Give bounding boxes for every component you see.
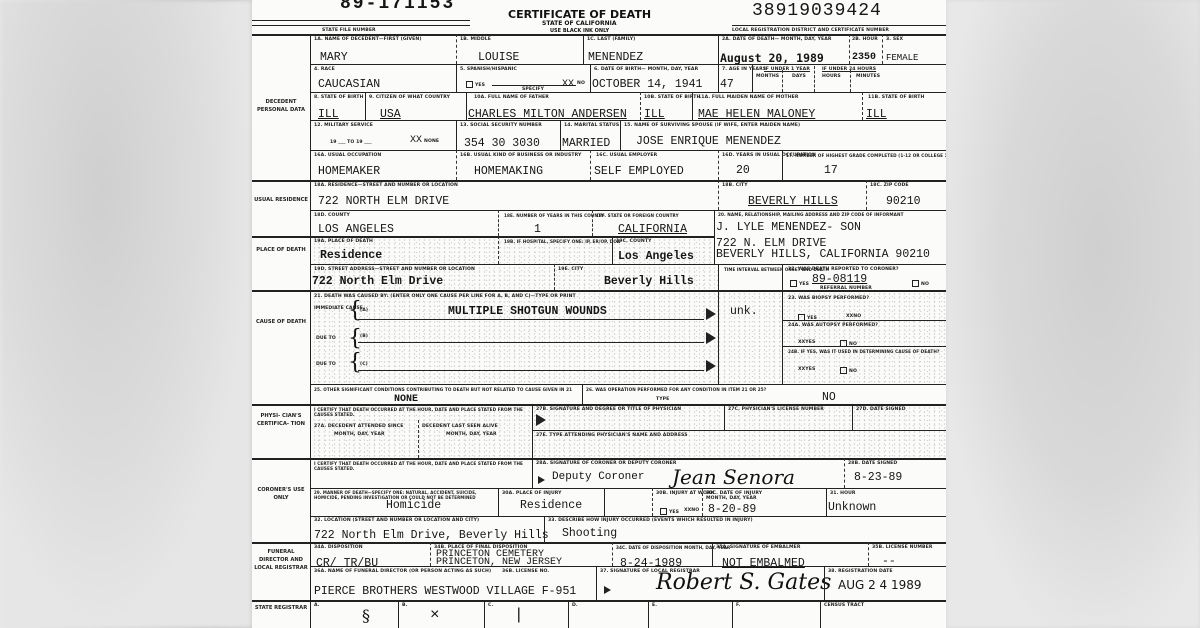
- last-name: MENENDEZ: [588, 52, 643, 64]
- place-of-death: Residence: [320, 250, 382, 262]
- injury-description: Shooting: [562, 528, 617, 540]
- occupation: HOMEMAKER: [318, 166, 380, 178]
- residence-street: 722 NORTH ELM DRIVE: [318, 196, 449, 208]
- section-cause-of-death: CAUSE OF DEATH: [252, 318, 310, 326]
- residence-state: CALIFORNIA: [618, 224, 687, 236]
- section-physician: PHYSI- CIAN'S CERTIFICA- TION: [252, 412, 310, 428]
- sex: FEMALE: [886, 52, 918, 64]
- section-place-of-death: PLACE OF DEATH: [252, 246, 310, 254]
- death-certificate: 89-171153 STATE FILE NUMBER CERTIFICATE …: [252, 0, 946, 628]
- manner-of-death: Homicide: [386, 500, 441, 512]
- background-left: [0, 0, 252, 628]
- background-right: [946, 0, 1200, 628]
- informant-city: BEVERLY HILLS, CALIFORNIA 90210: [716, 249, 930, 261]
- date-of-birth: OCTOBER 14, 1941: [592, 79, 702, 91]
- funeral-director: PIERCE BROTHERS WESTWOOD VILLAGE F-951: [314, 586, 576, 598]
- section-funeral: FUNERAL DIRECTOR AND LOCAL REGISTRAR: [252, 548, 310, 572]
- marital-status: MARRIED: [562, 138, 610, 150]
- hispanic-no-mark: XX: [562, 79, 574, 91]
- residence-zip: 90210: [886, 196, 921, 208]
- cause-line-a: MULTIPLE SHOTGUN WOUNDS: [448, 306, 607, 318]
- coroner-date-signed: 8-23-89: [854, 472, 902, 484]
- years-occupation: 20: [736, 165, 750, 177]
- injury-location: 722 North Elm Drive, Beverly Hills: [314, 530, 549, 542]
- hour-of-death: 2350: [852, 52, 876, 64]
- residence-city: BEVERLY HILLS: [748, 196, 838, 208]
- registrar-signature: Robert S. Gates: [656, 570, 831, 595]
- injury-place: Residence: [520, 500, 582, 512]
- section-residence: USUAL RESIDENCE: [252, 196, 310, 204]
- residence-county: LOS ANGELES: [318, 224, 394, 236]
- first-name: MARY: [320, 52, 348, 64]
- operation: NO: [822, 392, 836, 404]
- spouse-name: JOSE ENRIQUE MENENDEZ: [636, 136, 781, 148]
- business: HOMEMAKING: [474, 166, 543, 178]
- embalmer: NOT EMBALMED: [722, 558, 805, 570]
- coroner-title: Deputy Coroner: [552, 471, 644, 483]
- certificate-subtitle: STATE OF CALIFORNIA: [542, 20, 617, 27]
- death-street: 722 North Elm Drive: [312, 276, 443, 288]
- injury-date: 8-20-89: [708, 504, 756, 516]
- years-in-county: 1: [534, 224, 541, 236]
- middle-name: LOUISE: [478, 52, 519, 64]
- employer: SELF EMPLOYED: [594, 166, 684, 178]
- age: 47: [720, 79, 734, 91]
- interval-a: unk.: [730, 306, 758, 318]
- coroner-referral: 89-08119: [812, 274, 867, 286]
- local-registration-number: 38919039424: [752, 5, 882, 17]
- death-city: Beverly Hills: [604, 276, 694, 288]
- coroner-signature: Jean Senora: [672, 465, 795, 489]
- injury-hour: Unknown: [828, 502, 876, 514]
- section-state-registrar: STATE REGISTRAR: [252, 604, 310, 612]
- death-county: Los Angeles: [618, 251, 694, 263]
- ssn: 354 30 3030: [464, 138, 540, 150]
- section-decedent: DECEDENT PERSONAL DATA: [252, 98, 310, 114]
- race: CAUCASIAN: [318, 79, 380, 91]
- local-reg-label: LOCAL REGISTRATION DISTRICT AND CERTIFIC…: [732, 28, 889, 33]
- informant-name: J. LYLE MENENDEZ- SON: [716, 222, 861, 234]
- state-file-number-label: STATE FILE NUMBER: [322, 28, 376, 33]
- grade: 17: [824, 165, 838, 177]
- date-of-death: August 20, 1989: [720, 52, 824, 64]
- registration-date: AUG 2 4 1989: [838, 579, 922, 591]
- section-coroner: CORONER'S USE ONLY: [252, 486, 310, 502]
- state-file-number: 89-171153: [340, 0, 455, 10]
